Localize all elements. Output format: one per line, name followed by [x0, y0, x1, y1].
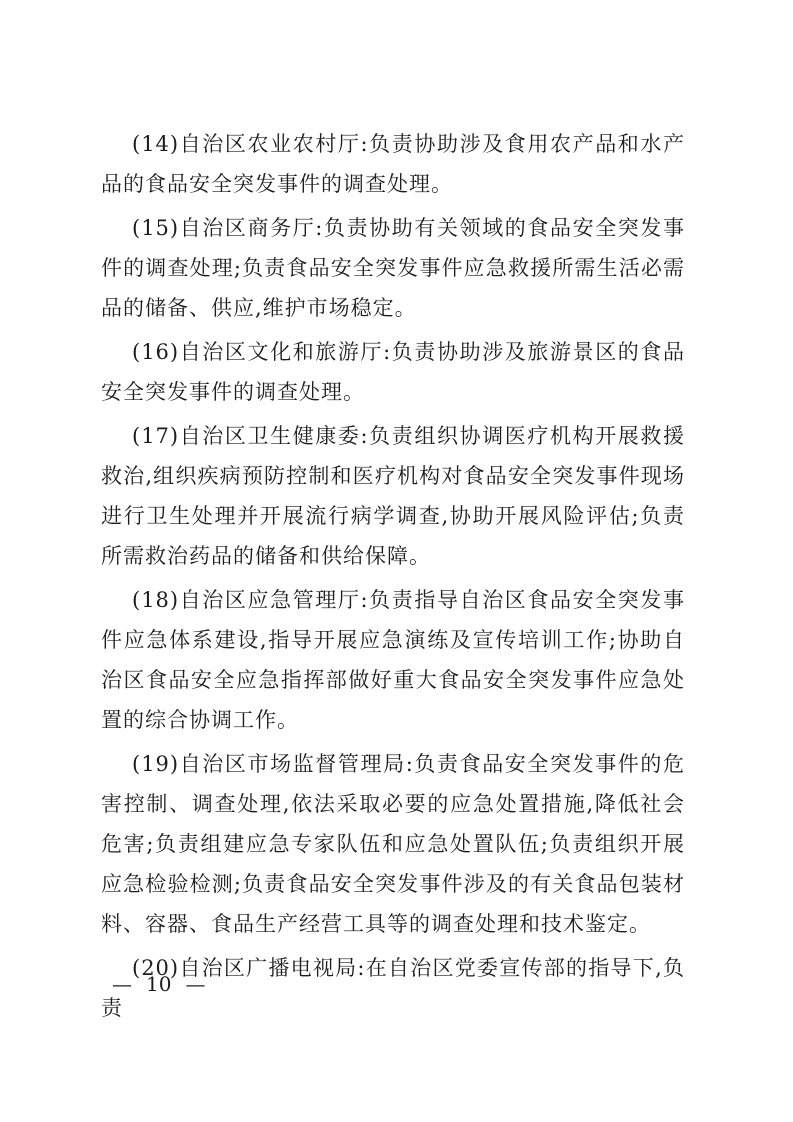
- paragraph-item-15: (15)自治区商务厅:负责协助有关领域的食品安全突发事件的调查处理;负责食品安全…: [101, 208, 685, 328]
- paragraph-item-16: (16)自治区文化和旅游厅:负责协助涉及旅游景区的食品安全突发事件的调查处理。: [101, 332, 685, 412]
- paragraph-item-19: (19)自治区市场监督管理局:负责食品安全突发事件的危害控制、调查处理,依法采取…: [101, 744, 685, 944]
- page-footer: — 10 —: [112, 972, 205, 996]
- paragraph-item-17: (17)自治区卫生健康委:负责组织协调医疗机构开展救援救治,组织疾病预防控制和医…: [101, 416, 685, 576]
- footer-right-dash: —: [185, 972, 205, 996]
- document-body: (14)自治区农业农村厅:负责协助涉及食用农产品和水产品的食品安全突发事件的调查…: [101, 124, 685, 1032]
- paragraph-item-18: (18)自治区应急管理厅:负责指导自治区食品安全突发事件应急体系建设,指导开展应…: [101, 580, 685, 740]
- footer-left-dash: —: [112, 972, 132, 996]
- document-page: (14)自治区农业农村厅:负责协助涉及食用农产品和水产品的食品安全突发事件的调查…: [0, 0, 793, 1122]
- page-number: 10: [146, 972, 171, 996]
- paragraph-item-14: (14)自治区农业农村厅:负责协助涉及食用农产品和水产品的食品安全突发事件的调查…: [101, 124, 685, 204]
